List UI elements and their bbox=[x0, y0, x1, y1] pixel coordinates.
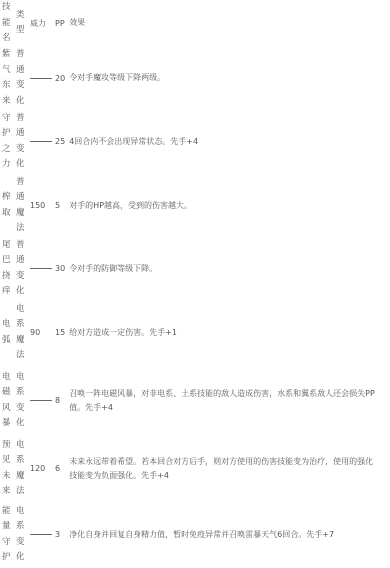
skill-pp: 8 bbox=[55, 366, 69, 436]
skill-name: 预见未来 bbox=[0, 436, 14, 502]
effect-text: 未来永远带着希望。若本回合对方后手，则对方使用的伤害技能变为治疗，使用的强化技能… bbox=[69, 455, 379, 483]
skill-effect: 给对方造成一定伤害。先手+1 bbox=[69, 300, 379, 366]
skill-pp: 5 bbox=[55, 174, 69, 238]
skill-power bbox=[28, 110, 55, 174]
skill-power bbox=[28, 502, 55, 568]
table-row: 电磁风暴 电系变化 8 召唤一阵电磁风暴，对非电系、土系技能的敌人造成伤害，水系… bbox=[0, 366, 379, 436]
effect-text: 对手的HP越高，受到的伤害越大。 bbox=[69, 199, 379, 213]
dash-line bbox=[30, 400, 52, 401]
skill-effect: 净化自身并回复自身精力值，暂时免疫异常并召唤雷暴天气6回合。先手+7 bbox=[69, 502, 379, 568]
skill-type: 普通变化 bbox=[14, 238, 28, 300]
effect-text: 召唤一阵电磁风暴，对非电系、土系技能的敌人造成伤害，水系和翼系敌人还会损失PP值… bbox=[69, 387, 379, 415]
skill-type: 电系魔法 bbox=[14, 300, 28, 366]
header-power: 威力 bbox=[28, 0, 55, 47]
table-row: 紫气东来 普通变化 20 令对手魔攻等级下降两级。 bbox=[0, 47, 379, 110]
dash-line bbox=[30, 534, 52, 535]
skill-type: 电系变化 bbox=[14, 366, 28, 436]
skill-name: 电弧 bbox=[0, 300, 14, 366]
skill-effect: 召唤一阵电磁风暴，对非电系、土系技能的敌人造成伤害，水系和翼系敌人还会损失PP值… bbox=[69, 366, 379, 436]
skill-effect: 4回合内不会出现异常状态。先手+4 bbox=[69, 110, 379, 174]
skill-power bbox=[28, 47, 55, 110]
skill-effect: 未来永远带着希望。若本回合对方后手，则对方使用的伤害技能变为治疗，使用的强化技能… bbox=[69, 436, 379, 502]
skill-type: 普通变化 bbox=[14, 110, 28, 174]
skill-name: 守护之力 bbox=[0, 110, 14, 174]
header-pp: PP bbox=[55, 0, 69, 47]
skill-name: 尾巴挠痒 bbox=[0, 238, 14, 300]
effect-text: 令对手的防御等级下降。 bbox=[69, 262, 379, 276]
skill-power: 90 bbox=[28, 300, 55, 366]
skill-effect: 对手的HP越高，受到的伤害越大。 bbox=[69, 174, 379, 238]
header-name: 技能名 bbox=[0, 0, 14, 47]
skill-pp: 25 bbox=[55, 110, 69, 174]
table-header-row: 技能名 类型 威力 PP 效果 bbox=[0, 0, 379, 47]
table-row: 榨取 普通魔法 150 5 对手的HP越高，受到的伤害越大。 bbox=[0, 174, 379, 238]
effect-text: 4回合内不会出现异常状态。先手+4 bbox=[69, 135, 379, 149]
skill-pp: 30 bbox=[55, 238, 69, 300]
skill-type: 普通魔法 bbox=[14, 174, 28, 238]
dash-line bbox=[30, 268, 52, 269]
effect-text: 给对方造成一定伤害。先手+1 bbox=[69, 326, 379, 340]
header-effect: 效果 bbox=[69, 0, 379, 47]
skills-table: 技能名 类型 威力 PP 效果 紫气东来 普通变化 20 令对手魔攻等级下降两级… bbox=[0, 0, 379, 568]
dash-line bbox=[30, 141, 52, 142]
header-type: 类型 bbox=[14, 0, 28, 47]
skill-type: 电系变化 bbox=[14, 502, 28, 568]
effect-text: 净化自身并回复自身精力值，暂时免疫异常并召唤雷暴天气6回合。先手+7 bbox=[69, 528, 379, 542]
skill-power: 120 bbox=[28, 436, 55, 502]
skill-effect: 令对手的防御等级下降。 bbox=[69, 238, 379, 300]
table-row: 预见未来 电系魔法 120 6 未来永远带着希望。若本回合对方后手，则对方使用的… bbox=[0, 436, 379, 502]
skill-power bbox=[28, 366, 55, 436]
table-row: 能量守护 电系变化 3 净化自身并回复自身精力值，暂时免疫异常并召唤雷暴天气6回… bbox=[0, 502, 379, 568]
skill-name: 能量守护 bbox=[0, 502, 14, 568]
skill-name: 榨取 bbox=[0, 174, 14, 238]
skill-effect: 令对手魔攻等级下降两级。 bbox=[69, 47, 379, 110]
effect-text: 令对手魔攻等级下降两级。 bbox=[69, 71, 379, 85]
skill-power: 150 bbox=[28, 174, 55, 238]
table-row: 守护之力 普通变化 25 4回合内不会出现异常状态。先手+4 bbox=[0, 110, 379, 174]
skill-type: 普通变化 bbox=[14, 47, 28, 110]
table-row: 尾巴挠痒 普通变化 30 令对手的防御等级下降。 bbox=[0, 238, 379, 300]
skill-power bbox=[28, 238, 55, 300]
skill-name: 紫气东来 bbox=[0, 47, 14, 110]
skill-pp: 20 bbox=[55, 47, 69, 110]
skill-pp: 3 bbox=[55, 502, 69, 568]
skill-type: 电系魔法 bbox=[14, 436, 28, 502]
skill-name: 电磁风暴 bbox=[0, 366, 14, 436]
skill-pp: 6 bbox=[55, 436, 69, 502]
table-row: 电弧 电系魔法 90 15 给对方造成一定伤害。先手+1 bbox=[0, 300, 379, 366]
skill-pp: 15 bbox=[55, 300, 69, 366]
dash-line bbox=[30, 78, 52, 79]
